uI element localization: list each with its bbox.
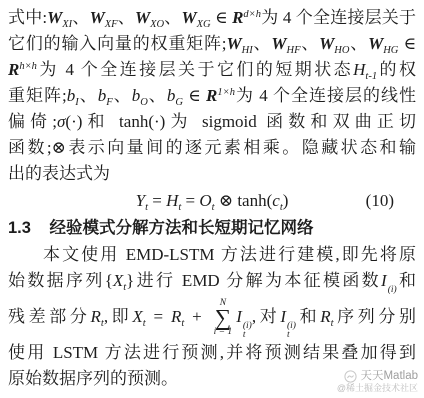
watermark-logo-icon xyxy=(344,370,357,383)
text-line: 使用 LSTM 方法进行预测,并将预测结果叠加得到 xyxy=(8,340,416,366)
watermark-handle: @稀土掘金技术社区 xyxy=(337,383,418,394)
text-line: 本文使用 EMD-LSTM 方法进行建模,即先将原 xyxy=(8,242,416,268)
equation-body: Yt = Ht = Ot ⊗ tanh(ct) xyxy=(136,191,289,210)
section-heading: 1.3 经验模式分解方法和长短期记忆网络 xyxy=(8,215,416,242)
text-line: 它们的输入向量的权重矩阵;WHI、WHF、WHO、WHG ∈ xyxy=(8,31,416,57)
equation: Yt = Ht = Ot ⊗ tanh(ct) (10) xyxy=(8,187,416,215)
document-page: 式中:WXI、WXF、WXO、WXG ∈ Rd×h为 4 个全连接层关于它们的输… xyxy=(0,0,424,398)
text-line: 式中:WXI、WXF、WXO、WXG ∈ Rd×h为 4 个全连接层关于 xyxy=(8,5,416,31)
text-line: 始数据序列{Xt}进行 EMD 分解为本征模函数I(i)t和 xyxy=(8,268,416,294)
equation-number: (10) xyxy=(366,187,394,215)
summation-symbol: N∑i = 1 xyxy=(214,299,233,337)
text-line: 出的表达式为 xyxy=(8,161,416,187)
text-line: 函数;⊗表示向量间的逐元素相乘。隐藏状态和输 xyxy=(8,135,416,161)
watermark-brand: 天天Matlab xyxy=(360,370,418,383)
text-line: 残差部分Rt,即Xt = Rt + N∑i = 1I(i)t,对I(i)t和Rt… xyxy=(8,294,416,340)
text-line: 偏倚;σ(·)和 tanh(·)为 sigmoid 函数和双曲正切 xyxy=(8,109,416,135)
watermark: 天天Matlab @稀土掘金技术社区 xyxy=(337,370,418,394)
text-line: Rh×h为 4 个全连接层关于它们的短期状态Ht-1的权 xyxy=(8,57,416,83)
section-number: 1.3 xyxy=(8,219,31,237)
paragraph-formula-description: 式中:WXI、WXF、WXO、WXG ∈ Rd×h为 4 个全连接层关于它们的输… xyxy=(8,5,416,187)
watermark-brand-row: 天天Matlab xyxy=(337,370,418,383)
text-line: 重矩阵;bI、bF、bO、bG ∈ R1×h为 4 个全连接层的线性 xyxy=(8,83,416,109)
section-title: 经验模式分解方法和长短期记忆网络 xyxy=(50,219,314,237)
